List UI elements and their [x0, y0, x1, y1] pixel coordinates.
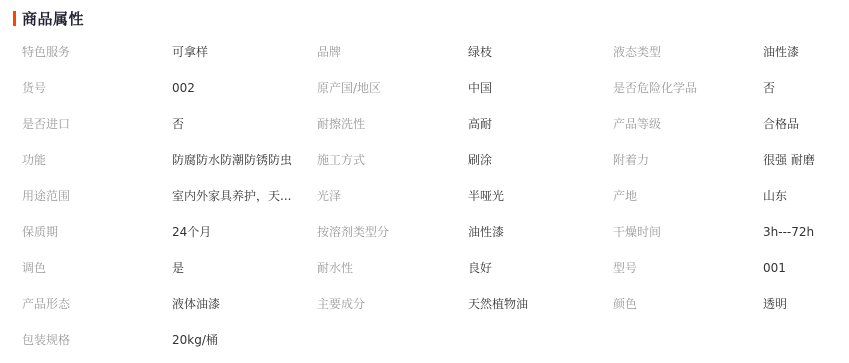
attribute-value: 透明: [763, 286, 843, 322]
attribute-row: 包装规格 20kg/桶: [0, 322, 849, 358]
attribute-label: 特色服务: [22, 34, 162, 70]
attribute-value: 良好: [468, 250, 598, 286]
attribute-value: 否: [763, 70, 843, 106]
attribute-label: 产品等级: [613, 106, 753, 142]
attribute-value: 刷涂: [468, 142, 598, 178]
attribute-label: 品牌: [317, 34, 457, 70]
attribute-value: 山东: [763, 178, 843, 214]
attribute-label: 保质期: [22, 214, 162, 250]
attribute-row: 特色服务 可拿样 品牌 绿枝 液态类型 油性漆: [0, 34, 849, 70]
attribute-value: 可拿样: [172, 34, 297, 70]
attribute-label: 用途范围: [22, 178, 162, 214]
attribute-value: 绿枝: [468, 34, 598, 70]
attribute-value-truncated: 室内外家具养护，天...: [172, 178, 297, 214]
attribute-value: 天然植物油: [468, 286, 598, 322]
attribute-value: 油性漆: [763, 34, 843, 70]
attribute-value: 002: [172, 70, 297, 106]
attribute-value: 3h---72h: [763, 214, 843, 250]
attribute-value: 半哑光: [468, 178, 598, 214]
attribute-grid: 特色服务 可拿样 品牌 绿枝 液态类型 油性漆 货号 002 原产国/地区 中国…: [0, 34, 849, 358]
attribute-label: 耐水性: [317, 250, 457, 286]
attribute-value: 否: [172, 106, 297, 142]
attribute-value: 高耐: [468, 106, 598, 142]
attribute-value: 油性漆: [468, 214, 598, 250]
attribute-label: 产品形态: [22, 286, 162, 322]
attribute-row: 调色 是 耐水性 良好 型号 001: [0, 250, 849, 286]
attribute-value: 24个月: [172, 214, 297, 250]
attribute-row: 产品形态 液体油漆 主要成分 天然植物油 颜色 透明: [0, 286, 849, 322]
accent-bar: [13, 11, 16, 26]
attribute-value: 001: [763, 250, 843, 286]
attribute-row: 功能 防腐防水防潮防锈防虫 施工方式 刷涂 附着力 很强 耐磨: [0, 142, 849, 178]
attribute-value: 防腐防水防潮防锈防虫: [172, 142, 297, 178]
attribute-label: 施工方式: [317, 142, 457, 178]
attribute-label: 型号: [613, 250, 753, 286]
attribute-value: 是: [172, 250, 297, 286]
section-header: 商品属性: [13, 8, 84, 28]
attribute-label: 耐擦洗性: [317, 106, 457, 142]
product-attributes-panel: 商品属性 特色服务 可拿样 品牌 绿枝 液态类型 油性漆 货号 002 原产国/…: [0, 0, 849, 363]
attribute-label: 液态类型: [613, 34, 753, 70]
attribute-value: 液体油漆: [172, 286, 297, 322]
attribute-value: 中国: [468, 70, 598, 106]
attribute-label: 是否进口: [22, 106, 162, 142]
attribute-row: 是否进口 否 耐擦洗性 高耐 产品等级 合格品: [0, 106, 849, 142]
attribute-label: 干燥时间: [613, 214, 753, 250]
attribute-label: 是否危险化学品: [613, 70, 753, 106]
attribute-row: 保质期 24个月 按溶剂类型分 油性漆 干燥时间 3h---72h: [0, 214, 849, 250]
attribute-label: 包装规格: [22, 322, 162, 358]
attribute-label: 调色: [22, 250, 162, 286]
attribute-label: 颜色: [613, 286, 753, 322]
attribute-value: 很强 耐磨: [763, 142, 843, 178]
attribute-row: 货号 002 原产国/地区 中国 是否危险化学品 否: [0, 70, 849, 106]
attribute-label: 按溶剂类型分: [317, 214, 457, 250]
attribute-label: 产地: [613, 178, 753, 214]
attribute-label: 附着力: [613, 142, 753, 178]
attribute-value: 合格品: [763, 106, 843, 142]
attribute-label: 货号: [22, 70, 162, 106]
attribute-label: 光泽: [317, 178, 457, 214]
section-title: 商品属性: [22, 8, 84, 29]
attribute-label: 主要成分: [317, 286, 457, 322]
attribute-row: 用途范围 室内外家具养护，天... 光泽 半哑光 产地 山东: [0, 178, 849, 214]
attribute-value: 20kg/桶: [172, 322, 297, 358]
attribute-label: 原产国/地区: [317, 70, 457, 106]
attribute-label: 功能: [22, 142, 162, 178]
